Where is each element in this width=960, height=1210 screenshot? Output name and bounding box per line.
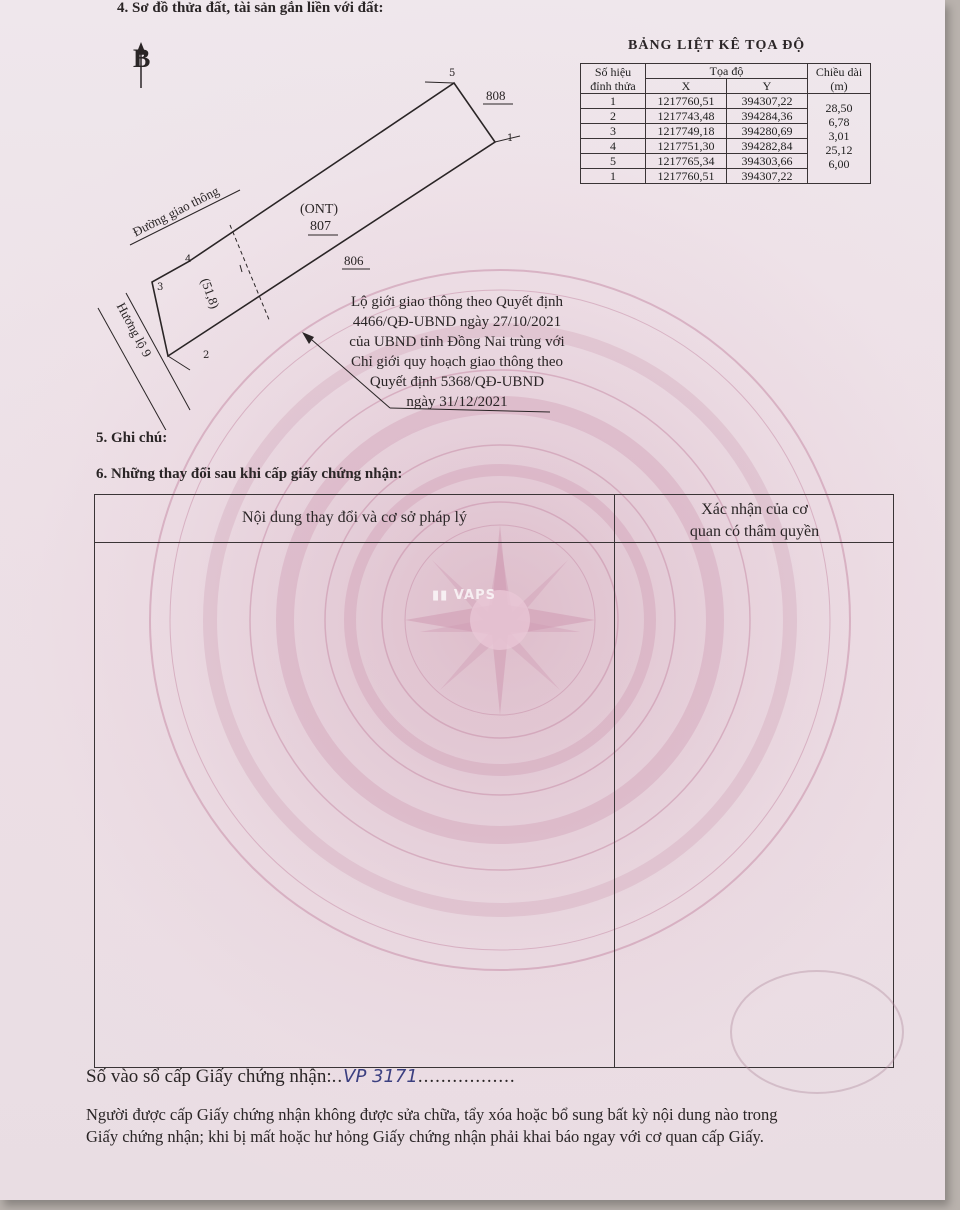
annotation-line: 4466/QĐ-UBND ngày 27/10/2021 bbox=[322, 312, 592, 332]
registry-number: VP 3171 bbox=[343, 1066, 418, 1087]
north-label: B bbox=[133, 44, 150, 74]
coord-cell-x: 1217765,34 bbox=[646, 154, 727, 169]
parcel-land-type: (ONT) bbox=[300, 202, 338, 218]
annotation-line: ngày 31/12/2021 bbox=[322, 392, 592, 412]
segment-length: 6,78 bbox=[812, 115, 866, 129]
faded-seal bbox=[730, 970, 904, 1094]
coord-cell-point: 5 bbox=[581, 154, 646, 169]
coord-cell-point: 3 bbox=[581, 124, 646, 139]
header-x: X bbox=[646, 79, 727, 94]
changes-content-header: Nội dung thay đổi và cơ sở pháp lý bbox=[95, 509, 614, 527]
watermark-icon: ▮▮ bbox=[432, 588, 454, 603]
watermark-logo: ▮▮ VAPS bbox=[432, 588, 496, 603]
parcel-number: 807 bbox=[310, 219, 331, 235]
segment-length: 6,00 bbox=[812, 157, 866, 171]
header-coords: Tọa độ bbox=[646, 64, 808, 79]
coord-cell-y: 394307,22 bbox=[727, 94, 808, 109]
coord-row: 11217760,51394307,2228,506,783,0125,126,… bbox=[581, 94, 871, 109]
vertex-4: 4 bbox=[185, 254, 191, 265]
vertex-5: 5 bbox=[449, 68, 455, 79]
annotation-line: Chỉ giới quy hoạch giao thông theo bbox=[322, 352, 592, 372]
coord-cell-point: 4 bbox=[581, 139, 646, 154]
changes-content-cell[interactable] bbox=[95, 544, 613, 1067]
column-divider bbox=[614, 495, 615, 1067]
coord-cell-x: 1217760,51 bbox=[646, 169, 727, 184]
vertex-3: 3 bbox=[157, 282, 163, 293]
header-text: Số hiệu bbox=[585, 65, 641, 79]
coord-cell-y: 394307,22 bbox=[727, 169, 808, 184]
coord-cell-y: 394282,84 bbox=[727, 139, 808, 154]
coord-cell-y: 394280,69 bbox=[727, 124, 808, 139]
header-point: Số hiệu đỉnh thửa bbox=[581, 64, 646, 94]
notice: Người được cấp Giấy chứng nhận không đượ… bbox=[86, 1104, 778, 1148]
coord-cell-point: 1 bbox=[581, 94, 646, 109]
segment-length: 3,01 bbox=[812, 129, 866, 143]
annotation-line: của UBND tỉnh Đồng Nai trùng với bbox=[322, 332, 592, 352]
section-6-title: 6. Những thay đổi sau khi cấp giấy chứng… bbox=[96, 466, 402, 483]
length-column: 28,506,783,0125,126,00 bbox=[808, 94, 871, 184]
header-text: (m) bbox=[812, 79, 866, 93]
registry-label: Số vào sổ cấp Giấy chứng nhận: bbox=[86, 1066, 332, 1087]
coordinate-table: Số hiệu đỉnh thửa Tọa độ Chiều dài (m) X… bbox=[580, 63, 871, 184]
segment-length: 28,50 bbox=[812, 101, 866, 115]
coord-cell-y: 394303,66 bbox=[727, 154, 808, 169]
header-line: quan có thẩm quyền bbox=[614, 521, 895, 543]
segment-length: 25,12 bbox=[812, 143, 866, 157]
notice-line: Người được cấp Giấy chứng nhận không đượ… bbox=[86, 1104, 778, 1126]
neighbor-806: 806 bbox=[344, 253, 364, 269]
section-4-title: 4. Sơ đồ thửa đất, tài sản gắn liền với … bbox=[117, 0, 384, 17]
certificate-page: 4. Sơ đồ thửa đất, tài sản gắn liền với … bbox=[0, 0, 945, 1200]
coord-cell-x: 1217749,18 bbox=[646, 124, 727, 139]
vertex-2: 2 bbox=[203, 350, 209, 361]
watermark-text: VAPS bbox=[454, 588, 496, 603]
authority-confirmation-header: Xác nhận của cơ quan có thẩm quyền bbox=[614, 499, 895, 543]
header-text: Chiều dài bbox=[812, 65, 866, 79]
neighbor-808: 808 bbox=[486, 88, 506, 104]
header-line: Xác nhận của cơ bbox=[614, 499, 895, 521]
coord-cell-x: 1217760,51 bbox=[646, 94, 727, 109]
coord-cell-y: 394284,36 bbox=[727, 109, 808, 124]
annotation-line: Lộ giới giao thông theo Quyết định bbox=[322, 292, 592, 312]
notice-line: Giấy chứng nhận; khi bị mất hoặc hư hỏng… bbox=[86, 1126, 778, 1148]
annotation-line: Quyết định 5368/QĐ-UBND bbox=[322, 372, 592, 392]
vertex-1: 1 bbox=[507, 133, 513, 144]
coord-cell-x: 1217751,30 bbox=[646, 139, 727, 154]
planning-annotation: Lộ giới giao thông theo Quyết định 4466/… bbox=[322, 292, 592, 412]
coord-table-title: BẢNG LIỆT KÊ TỌA ĐỘ bbox=[628, 38, 805, 54]
coord-cell-point: 2 bbox=[581, 109, 646, 124]
header-text: đỉnh thửa bbox=[585, 79, 641, 93]
section-5-title: 5. Ghi chú: bbox=[96, 430, 167, 447]
coord-cell-point: 1 bbox=[581, 169, 646, 184]
registry-line: Số vào sổ cấp Giấy chứng nhận:..VP 3171.… bbox=[86, 1066, 516, 1088]
header-length: Chiều dài (m) bbox=[808, 64, 871, 94]
coord-cell-x: 1217743,48 bbox=[646, 109, 727, 124]
header-y: Y bbox=[727, 79, 808, 94]
